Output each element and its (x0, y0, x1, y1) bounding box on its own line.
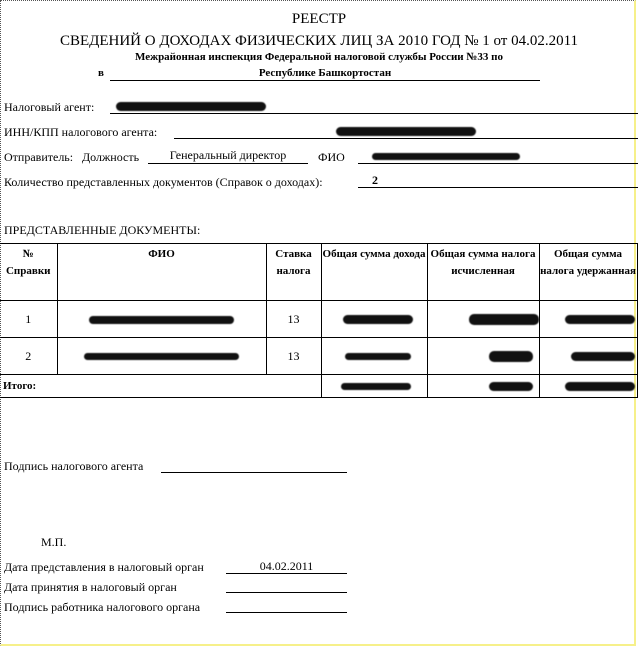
redacted-fio (89, 316, 234, 324)
document-subtitle: СВЕДЕНИЙ О ДОХОДАХ ФИЗИЧЕСКИХ ЛИЦ ЗА 201… (0, 33, 638, 50)
redacted-tax-withheld (565, 315, 635, 324)
redacted-sender-fio (372, 153, 520, 160)
inn-field (174, 123, 638, 139)
acceptance-date-label: Дата принятия в налоговый орган (4, 580, 177, 595)
redacted-income (343, 315, 413, 324)
cell-tax-calculated (427, 338, 539, 375)
submission-date-field: 04.02.2011 (226, 559, 347, 574)
fio-label: ФИО (318, 150, 345, 165)
redacted-tax-calculated (469, 314, 539, 325)
redacted-total-tax-calculated (489, 382, 533, 391)
officer-signature-label: Подпись работника налогового органа (4, 600, 200, 615)
cell-rate: 13 (266, 301, 321, 338)
total-label: Итого: (0, 375, 321, 398)
total-income (321, 375, 427, 398)
redacted-total-tax-withheld (565, 382, 635, 391)
cell-number: 2 (0, 338, 57, 375)
sender-fio-field (358, 148, 638, 164)
col-header-number: № Справки (0, 244, 57, 301)
redacted-inn (336, 127, 476, 136)
total-tax-withheld (539, 375, 637, 398)
inspection-name: Межрайонная инспекция Федеральной налого… (0, 51, 638, 63)
cell-tax-calculated (427, 301, 539, 338)
redacted-agent-name (116, 102, 266, 111)
agent-signature-line (161, 458, 347, 473)
redacted-tax-calculated (489, 351, 533, 362)
redacted-income (345, 353, 411, 360)
col-header-fio: ФИО (57, 244, 266, 301)
table-header-row: № Справки ФИО Ставка налога Общая сумма … (0, 244, 637, 301)
inn-label: ИНН/КПП налогового агента: (4, 125, 157, 140)
redacted-total-income (341, 383, 411, 390)
redacted-fio (84, 353, 239, 360)
stamp-label: М.П. (41, 535, 66, 550)
total-tax-calculated (427, 375, 539, 398)
agent-label: Налоговый агент: (4, 100, 94, 115)
table-total-row: Итого: (0, 375, 637, 398)
cell-rate: 13 (266, 338, 321, 375)
cell-income (321, 338, 427, 375)
acceptance-date-field (226, 578, 347, 593)
agent-field (110, 98, 638, 114)
col-header-tax-calculated: Общая сумма налога исчисленная (427, 244, 539, 301)
position-label: Должность (82, 150, 139, 165)
cell-fio (57, 338, 266, 375)
region-field: Республике Башкортостан (110, 66, 540, 81)
cell-income (321, 301, 427, 338)
position-field: Генеральный директор (148, 148, 308, 164)
officer-signature-line (226, 598, 347, 613)
cell-number: 1 (0, 301, 57, 338)
cell-tax-withheld (539, 301, 637, 338)
table-row: 2 13 (0, 338, 637, 375)
col-header-tax-withheld: Общая сумма налога удержанная (539, 244, 637, 301)
table-row: 1 13 (0, 301, 637, 338)
document-title: РЕЕСТР (0, 11, 638, 28)
region-prefix: в (98, 67, 104, 79)
col-header-rate: Ставка налога (266, 244, 321, 301)
agent-signature-label: Подпись налогового агента (4, 459, 143, 474)
documents-table: № Справки ФИО Ставка налога Общая сумма … (0, 243, 638, 398)
cell-fio (57, 301, 266, 338)
submission-date-label: Дата представления в налоговый орган (4, 560, 204, 575)
col-header-income: Общая сумма дохода (321, 244, 427, 301)
documents-count-field: 2 (358, 173, 638, 188)
documents-section-title: ПРЕДСТАВЛЕННЫЕ ДОКУМЕНТЫ: (4, 223, 200, 238)
sender-label: Отправитель: (4, 150, 73, 165)
cell-tax-withheld (539, 338, 637, 375)
documents-count-label: Количество представленных документов (Сп… (4, 175, 323, 190)
redacted-tax-withheld (571, 352, 635, 361)
